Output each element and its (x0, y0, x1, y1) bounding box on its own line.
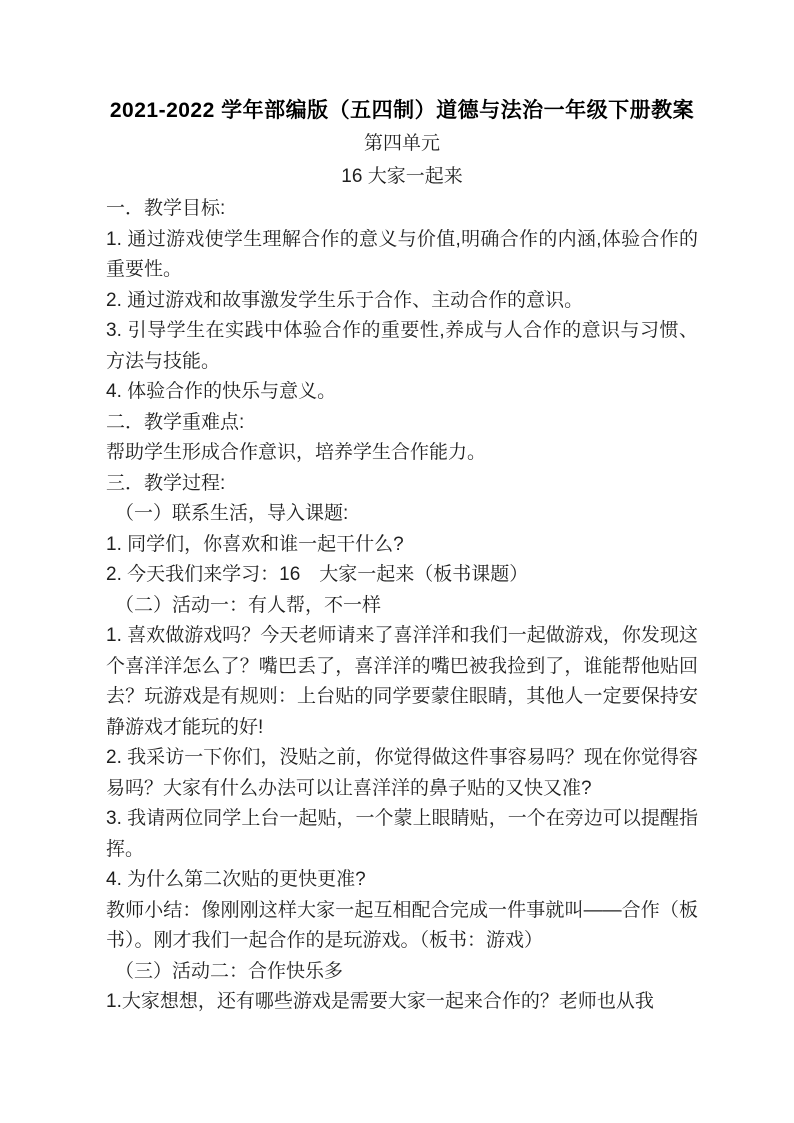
paragraph: 1. 喜欢做游戏吗？今天老师请来了喜洋洋和我们一起做游戏，你发现这个喜洋洋怎么了… (106, 621, 698, 743)
document-title: 2021-2022 学年部编版（五四制）道德与法治一年级下册教案 (106, 94, 698, 127)
paragraph: 一．教学目标: (106, 194, 698, 225)
paragraph: （三）活动二：合作快乐多 (106, 957, 698, 988)
paragraph: 3. 我请两位同学上台一起贴，一个蒙上眼睛贴，一个在旁边可以提醒指挥。 (106, 804, 698, 865)
paragraph: 4. 体验合作的快乐与意义。 (106, 377, 698, 408)
paragraph: 1. 同学们，你喜欢和谁一起干什么? (106, 530, 698, 561)
document-page: 2021-2022 学年部编版（五四制）道德与法治一年级下册教案 第四单元 16… (0, 0, 794, 1123)
paragraph: 1. 通过游戏使学生理解合作的意义与价值,明确合作的内涵,体验合作的重要性。 (106, 225, 698, 286)
paragraph: 1.大家想想，还有哪些游戏是需要大家一起来合作的？老师也从我 (106, 987, 698, 1018)
lesson-heading: 16 大家一起来 (106, 160, 698, 193)
paragraph: 二．教学重难点: (106, 408, 698, 439)
paragraph: 4. 为什么第二次贴的更快更准? (106, 865, 698, 896)
document-body: 一．教学目标:1. 通过游戏使学生理解合作的意义与价值,明确合作的内涵,体验合作… (106, 194, 698, 1018)
paragraph: 三．教学过程: (106, 469, 698, 500)
paragraph: 帮助学生形成合作意识，培养学生合作能力。 (106, 438, 698, 469)
paragraph: （一）联系生活，导入课题: (106, 499, 698, 530)
paragraph: 2. 通过游戏和故事激发学生乐于合作、主动合作的意识。 (106, 286, 698, 317)
paragraph: （二）活动一：有人帮，不一样 (106, 591, 698, 622)
paragraph: 教师小结：像刚刚这样大家一起互相配合完成一件事就叫——合作（板书）。刚才我们一起… (106, 896, 698, 957)
paragraph: 2. 我采访一下你们，没贴之前，你觉得做这件事容易吗？现在你觉得容易吗？大家有什… (106, 743, 698, 804)
paragraph: 2. 今天我们来学习：16 大家一起来（板书课题） (106, 560, 698, 591)
unit-heading: 第四单元 (106, 127, 698, 160)
paragraph: 3. 引导学生在实践中体验合作的重要性,养成与人合作的意识与习惯、方法与技能。 (106, 316, 698, 377)
